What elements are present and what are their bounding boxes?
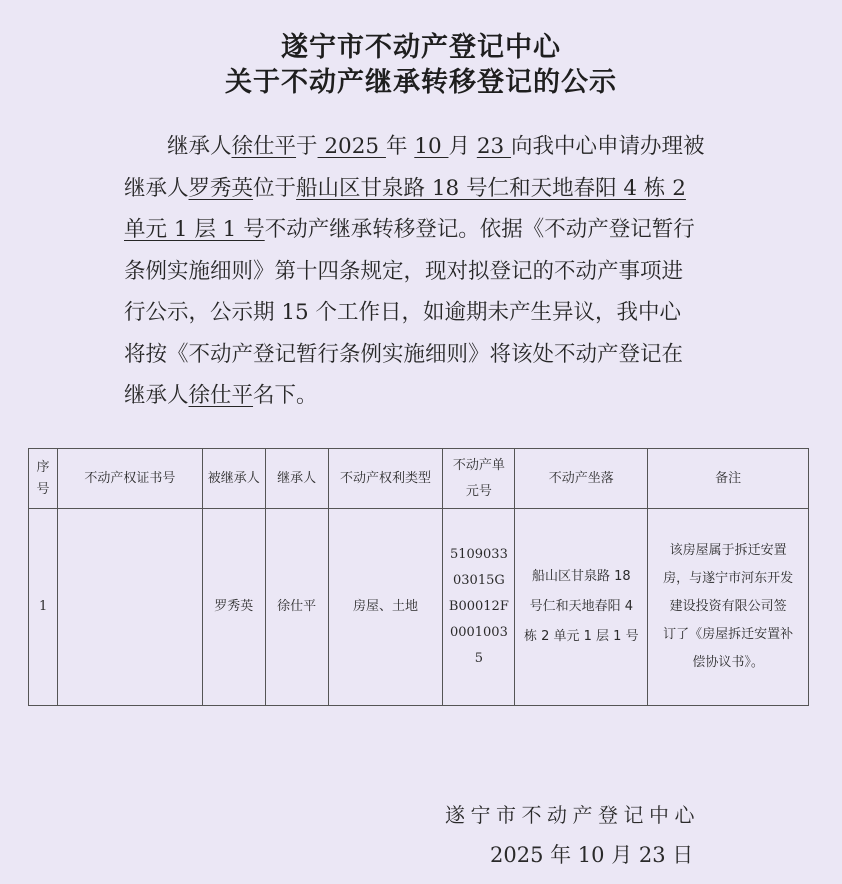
cell-line: 0001003 [446, 620, 511, 646]
notice-text: 于 [296, 134, 318, 159]
cell-cert-no [57, 509, 202, 706]
table-header-row: 序 号 不动产权证书号 被继承人 继承人 不动产权利类型 不动产单 元号 不动产… [29, 449, 809, 509]
cell-line: 房，与遂宁市河东开发 [651, 565, 805, 593]
notice-line: 行公示，公示期 15 个工作日，如逾期未产生异议，我中心 [124, 292, 770, 334]
footer-date: 2025 年 10 月 23 日 [490, 839, 693, 869]
title-organization: 遂宁市不动产登记中心 [0, 25, 842, 64]
cell-line: 5109033 [446, 542, 511, 568]
notice-line: 继承人徐仕平名下。 [124, 375, 770, 417]
cell-remark: 该房屋属于拆迁安置房，与遂宁市河东开发建设投资有限公司签订了《房屋拆迁安置补偿协… [648, 509, 809, 706]
cell-decedent: 罗秀英 [202, 509, 265, 706]
header-unit-no-line2: 元号 [446, 479, 511, 505]
filled-field: 23 [477, 134, 511, 159]
filled-field: 2025 [318, 134, 386, 159]
cell-seq: 1 [29, 509, 58, 706]
cell-line: B00012F [446, 594, 511, 620]
header-seq-line1: 序 [32, 457, 54, 479]
notice-line: 单元 1 层 1 号不动产继承转移登记。依据《不动产登记暂行 [124, 209, 770, 251]
header-cert-no: 不动产权证书号 [57, 449, 202, 509]
notice-line: 继承人罗秀英位于船山区甘泉路 18 号仁和天地春阳 4 栋 2 [124, 168, 770, 210]
filled-field: 单元 1 层 1 号 [124, 217, 265, 242]
header-seq: 序 号 [29, 449, 58, 509]
cell-line: 船山区甘泉路 18 [518, 562, 644, 592]
header-unit-no-line1: 不动产单 [446, 453, 511, 479]
filled-field: 徐仕平 [189, 383, 254, 408]
header-decedent: 被继承人 [202, 449, 265, 509]
table-row: 1 罗秀英 徐仕平 房屋、土地 510903303015GB00012F0001… [29, 509, 809, 706]
cell-line: 03015G [446, 568, 511, 594]
notice-text: 位于 [253, 176, 296, 201]
notice-line: 将按《不动产登记暂行条例实施细则》将该处不动产登记在 [124, 334, 770, 376]
registration-table: 序 号 不动产权证书号 被继承人 继承人 不动产权利类型 不动产单 元号 不动产… [28, 448, 809, 706]
notice-text: 行公示，公示期 15 个工作日，如逾期未产生异议，我中心 [124, 300, 681, 325]
filled-field: 船山区甘泉路 18 号仁和天地春阳 4 栋 2 [296, 176, 686, 201]
header-remark: 备注 [648, 449, 809, 509]
notice-text: 将按《不动产登记暂行条例实施细则》将该处不动产登记在 [124, 342, 683, 367]
notice-page: 遂宁市不动产登记中心 关于不动产继承转移登记的公示 继承人徐仕平于 2025 年… [0, 0, 842, 884]
cell-location: 船山区甘泉路 18号仁和天地春阳 4栋 2 单元 1 层 1 号 [515, 509, 648, 706]
cell-line: 订了《房屋拆迁安置补 [651, 621, 805, 649]
cell-line: 偿协议书》。 [651, 649, 805, 677]
header-location: 不动产坐落 [515, 449, 648, 509]
notice-text: 继承人 [124, 176, 189, 201]
notice-text: 年 [386, 134, 414, 159]
notice-body: 继承人徐仕平于 2025 年 10 月 23 向我中心申请办理被继承人罗秀英位于… [70, 126, 770, 417]
notice-text: 条例实施细则》第十四条规定，现对拟登记的不动产事项进 [124, 259, 683, 284]
cell-heir: 徐仕平 [265, 509, 328, 706]
notice-text: 月 [448, 134, 476, 159]
notice-line: 继承人徐仕平于 2025 年 10 月 23 向我中心申请办理被 [70, 126, 770, 168]
cell-right-type: 房屋、土地 [328, 509, 443, 706]
notice-text: 名下。 [253, 383, 318, 408]
notice-text: 不动产继承转移登记。依据《不动产登记暂行 [265, 217, 695, 242]
cell-line: 该房屋属于拆迁安置 [651, 537, 805, 565]
title-subject: 关于不动产继承转移登记的公示 [0, 60, 842, 99]
cell-line: 栋 2 单元 1 层 1 号 [518, 622, 644, 652]
cell-line: 号仁和天地春阳 4 [518, 592, 644, 622]
cell-unit-no: 510903303015GB00012F00010035 [443, 509, 515, 706]
filled-field: 10 [414, 134, 448, 159]
notice-line: 条例实施细则》第十四条规定，现对拟登记的不动产事项进 [124, 251, 770, 293]
header-heir: 继承人 [265, 449, 328, 509]
header-right-type: 不动产权利类型 [328, 449, 443, 509]
footer-organization: 遂宁市不动产登记中心 [445, 799, 700, 828]
filled-field: 徐仕平 [232, 134, 297, 159]
notice-text: 继承人 [167, 134, 232, 159]
header-seq-line2: 号 [32, 479, 54, 501]
notice-text: 继承人 [124, 383, 189, 408]
filled-field: 罗秀英 [189, 176, 254, 201]
header-unit-no: 不动产单 元号 [443, 449, 515, 509]
cell-line: 建设投资有限公司签 [651, 593, 805, 621]
cell-line: 5 [446, 646, 511, 672]
notice-text: 向我中心申请办理被 [511, 134, 705, 159]
